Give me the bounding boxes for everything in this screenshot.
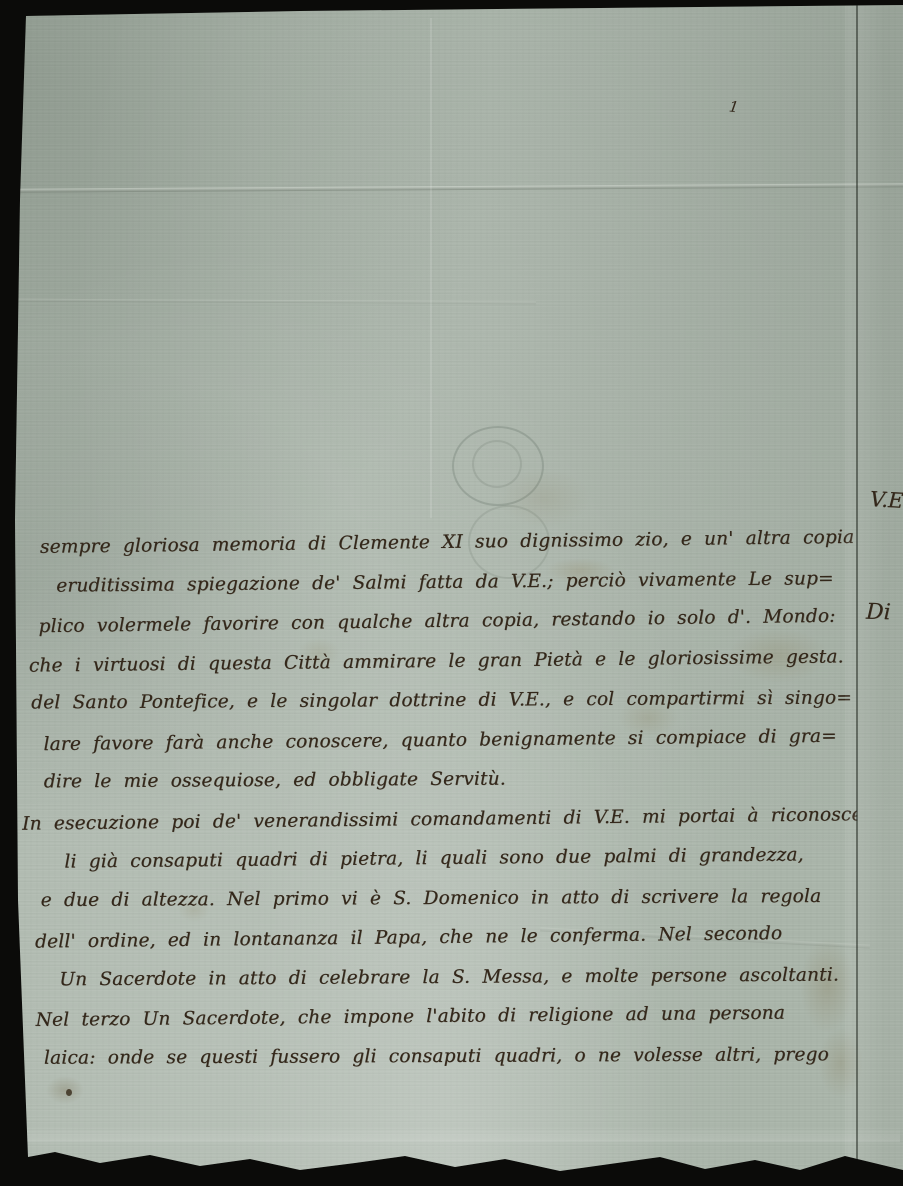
manuscript-line: li già consaputi quadri di pietra, li qu…	[20, 835, 857, 883]
manuscript-line: dire le mie ossequiose, ed obbligate Ser…	[20, 757, 857, 802]
manuscript-text-block: sempre gloriosa memoria di Clemente XI s…	[18, 520, 859, 1087]
stain	[498, 468, 590, 528]
manuscript-line: Un Sacerdote in atto di celebrare la S. …	[21, 955, 858, 1000]
scan-background: 1 sempre gloriosa memoria di Clemente XI…	[0, 0, 903, 1186]
horizontal-fold-crease	[16, 299, 536, 305]
manuscript-line: del Santo Pontefice, e le singolar dottr…	[19, 678, 856, 723]
ink-speck	[66, 1089, 72, 1096]
facing-page-edge	[858, 0, 903, 1186]
manuscript-line: lare favore farà anche conoscere, quanto…	[19, 716, 856, 764]
stray-ink-mark: 1	[728, 97, 740, 116]
vertical-crease	[430, 18, 432, 518]
watermark-circle	[452, 426, 544, 506]
manuscript-line: dell' ordine, ed in lontananza il Papa, …	[21, 913, 858, 962]
horizontal-fold-crease	[18, 183, 903, 192]
bottom-edge-highlight	[20, 1126, 900, 1142]
manuscript-line: e due di altezza. Nel primo vi è S. Dome…	[21, 876, 858, 920]
manuscript-line: laica: onde se questi fussero gli consap…	[22, 1035, 859, 1078]
letter-page: 1 sempre gloriosa memoria di Clemente XI…	[0, 0, 903, 1186]
facing-page-text-fragment: Di	[866, 600, 892, 626]
manuscript-line: Nel terzo Un Sacerdote, che impone l'abi…	[22, 993, 859, 1041]
facing-page-text-fragment: V.E	[869, 487, 903, 513]
